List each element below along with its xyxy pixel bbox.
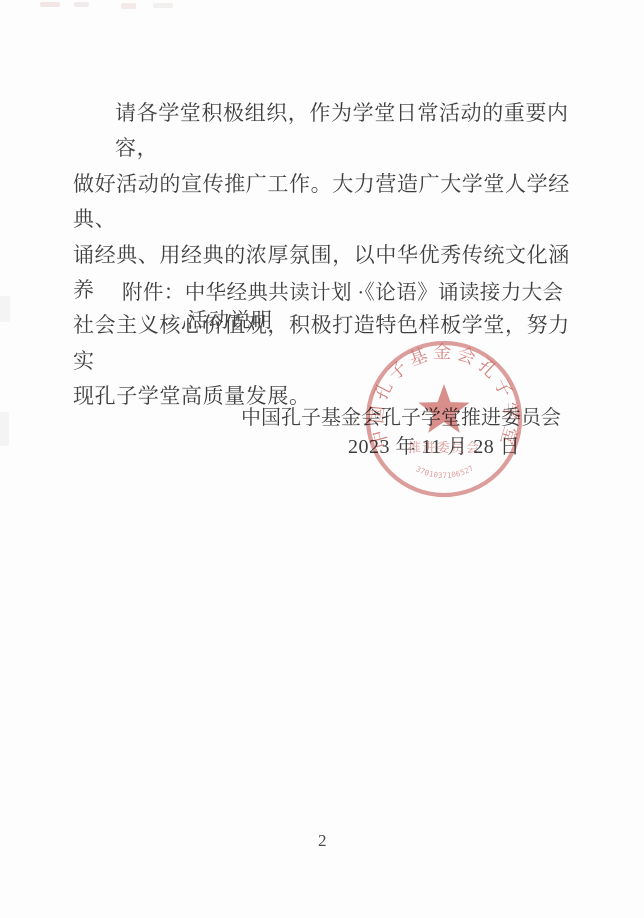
seal-inner-text: 推进委员会 — [408, 440, 481, 455]
scan-artifact — [121, 3, 136, 9]
scan-artifact — [74, 2, 89, 7]
svg-text:3701037106527: 3701037106527 — [414, 464, 475, 480]
scan-artifact — [153, 3, 173, 8]
attachment-line: 附件：中华经典共读计划 ·《论语》诵读接力大会 — [122, 275, 563, 305]
paragraph-line: 做好活动的宣传推广工作。大力营造广大学堂人学经典、 — [73, 167, 579, 238]
scan-artifact — [0, 412, 9, 446]
paragraph-line: 请各学堂积极组织，作为学堂日常活动的重要内容， — [73, 96, 579, 167]
star-icon — [418, 384, 469, 433]
attachment-line: 活动说明 — [187, 303, 273, 333]
scan-artifact — [0, 296, 10, 322]
page-number: 2 — [318, 831, 327, 851]
official-seal: 中国孔子基金会孔子学堂 推进委员会 3701037106527 — [360, 334, 530, 504]
scan-artifact — [40, 2, 60, 7]
seal-serial-number: 3701037106527 — [414, 464, 475, 480]
document-page: 请各学堂积极组织，作为学堂日常活动的重要内容， 做好活动的宣传推广工作。大力营造… — [0, 0, 644, 918]
